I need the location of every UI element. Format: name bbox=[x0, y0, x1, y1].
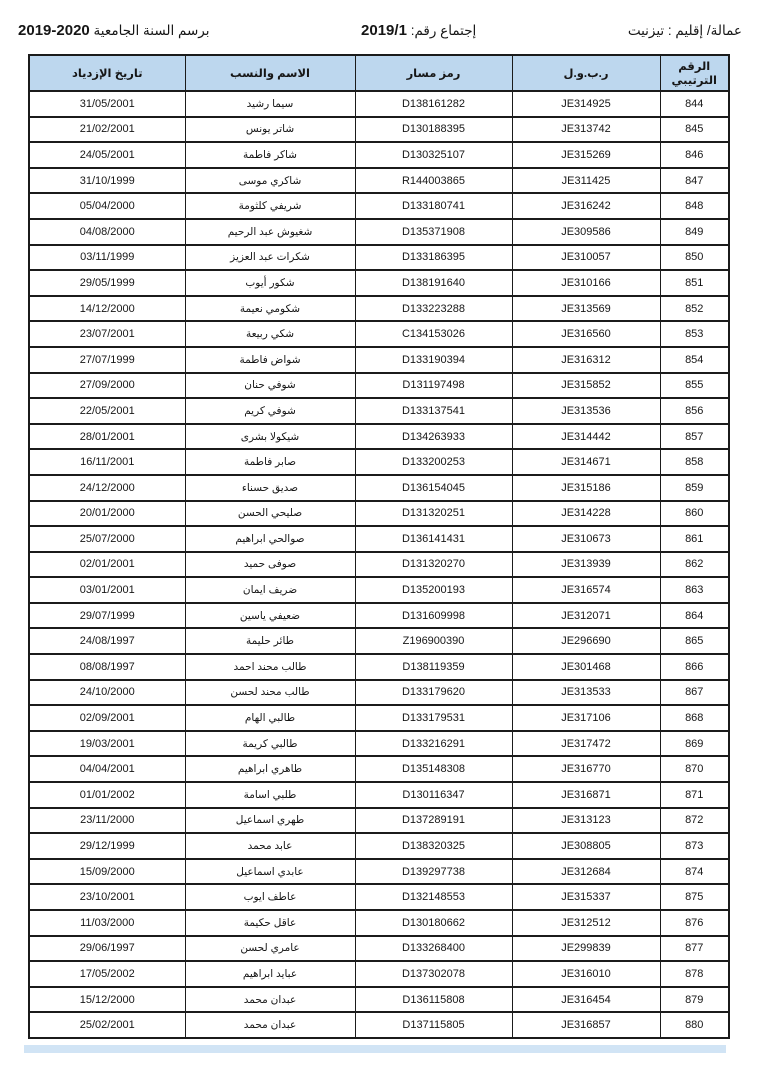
order-number-cell: 852 bbox=[660, 296, 729, 322]
cne-cell: JE315337 bbox=[512, 884, 660, 910]
massar-code-cell: D135148308 bbox=[355, 756, 512, 782]
table-row: 863 JE316574 D135200193 ضريف ايمان 03/01… bbox=[29, 577, 729, 603]
birthdate-cell: 24/08/1997 bbox=[29, 628, 185, 654]
cne-cell: JE316560 bbox=[512, 321, 660, 347]
cne-cell: JE315269 bbox=[512, 142, 660, 168]
table-row: 870 JE316770 D135148308 طاهري ابراهيم 04… bbox=[29, 756, 729, 782]
cne-cell: JE313742 bbox=[512, 117, 660, 143]
massar-code-cell: D133216291 bbox=[355, 731, 512, 757]
massar-code-cell: D136115808 bbox=[355, 987, 512, 1013]
birthdate-cell: 05/04/2000 bbox=[29, 193, 185, 219]
massar-code-cell: D131320251 bbox=[355, 501, 512, 527]
table-row: 856 JE313536 D133137541 شوفي كريم 22/05/… bbox=[29, 398, 729, 424]
birthdate-cell: 31/10/1999 bbox=[29, 168, 185, 194]
cne-cell: JE314228 bbox=[512, 501, 660, 527]
name-cell: صوالحي ابراهيم bbox=[185, 526, 355, 552]
massar-code-cell: D135371908 bbox=[355, 219, 512, 245]
birthdate-cell: 04/04/2001 bbox=[29, 756, 185, 782]
table-row: 851 JE310166 D138191640 شكور أيوب 29/05/… bbox=[29, 270, 729, 296]
meeting-number-value: 2019/1 bbox=[361, 22, 407, 39]
name-cell: عبايد ابراهيم bbox=[185, 961, 355, 987]
cne-cell: JE316770 bbox=[512, 756, 660, 782]
massar-code-cell: D133179531 bbox=[355, 705, 512, 731]
name-cell: شيكولا بشرى bbox=[185, 424, 355, 450]
birthdate-cell: 01/01/2002 bbox=[29, 782, 185, 808]
cne-cell: JE316871 bbox=[512, 782, 660, 808]
name-cell: شكومي نعيمة bbox=[185, 296, 355, 322]
massar-code-cell: D133200253 bbox=[355, 449, 512, 475]
table-row: 871 JE316871 D130116347 طلبي اسامة 01/01… bbox=[29, 782, 729, 808]
document-page: عمالة/ إقليم : تيزنيت إجتماع رقم: 2019/1… bbox=[0, 0, 768, 1086]
table-row: 858 JE314671 D133200253 صابر فاطمة 16/11… bbox=[29, 449, 729, 475]
table-body: 844 JE314925 D138161282 سيما رشيد 31/05/… bbox=[29, 91, 729, 1038]
year-value: 2020-2019 bbox=[18, 22, 90, 39]
table-row: 872 JE313123 D137289191 طهري اسماعيل 23/… bbox=[29, 808, 729, 834]
cne-cell: JE314442 bbox=[512, 424, 660, 450]
table-row: 855 JE315852 D131197498 شوفي حنان 27/09/… bbox=[29, 373, 729, 399]
order-number-cell: 875 bbox=[660, 884, 729, 910]
name-cell: شغيوش عبد الرحيم bbox=[185, 219, 355, 245]
name-cell: طائر حليمة bbox=[185, 628, 355, 654]
table-row: 862 JE313939 D131320270 صوفى حميد 02/01/… bbox=[29, 552, 729, 578]
name-cell: طالبي الهام bbox=[185, 705, 355, 731]
table-row: 880 JE316857 D137115805 عبدان محمد 25/02… bbox=[29, 1012, 729, 1038]
massar-code-cell: D133190394 bbox=[355, 347, 512, 373]
name-cell: طهري اسماعيل bbox=[185, 808, 355, 834]
table-row: 847 JE311425 R144003865 شاكري موسى 31/10… bbox=[29, 168, 729, 194]
name-cell: طلبي اسامة bbox=[185, 782, 355, 808]
birthdate-cell: 24/05/2001 bbox=[29, 142, 185, 168]
massar-code-cell: D137302078 bbox=[355, 961, 512, 987]
order-number-cell: 851 bbox=[660, 270, 729, 296]
cne-cell: JE316010 bbox=[512, 961, 660, 987]
table-row: 869 JE317472 D133216291 طالبي كريمة 19/0… bbox=[29, 731, 729, 757]
table-row: 844 JE314925 D138161282 سيما رشيد 31/05/… bbox=[29, 91, 729, 117]
cne-cell: JE296690 bbox=[512, 628, 660, 654]
massar-code-cell: D133179620 bbox=[355, 680, 512, 706]
massar-code-cell: D130180662 bbox=[355, 910, 512, 936]
name-cell: صديق حسناء bbox=[185, 475, 355, 501]
academic-year-label: برسم السنة الجامعية 2020-2019 bbox=[18, 22, 210, 39]
col-header-cne: ر.ب.و.ل bbox=[512, 55, 660, 91]
order-number-cell: 871 bbox=[660, 782, 729, 808]
massar-code-cell: D138161282 bbox=[355, 91, 512, 117]
table-row: 874 JE312684 D139297738 عابدي اسماعيل 15… bbox=[29, 859, 729, 885]
province-label: عمالة/ إقليم : تيزنيت bbox=[628, 23, 742, 39]
order-number-cell: 860 bbox=[660, 501, 729, 527]
table-row: 850 JE310057 D133186395 شكرات عبد العزيز… bbox=[29, 245, 729, 271]
order-number-cell: 846 bbox=[660, 142, 729, 168]
name-cell: عامري لحسن bbox=[185, 936, 355, 962]
massar-code-cell: D130116347 bbox=[355, 782, 512, 808]
order-number-cell: 856 bbox=[660, 398, 729, 424]
table-row: 860 JE314228 D131320251 صليحي الحسن 20/0… bbox=[29, 501, 729, 527]
massar-code-cell: D131609998 bbox=[355, 603, 512, 629]
order-number-cell: 857 bbox=[660, 424, 729, 450]
birthdate-cell: 02/01/2001 bbox=[29, 552, 185, 578]
cne-cell: JE316312 bbox=[512, 347, 660, 373]
order-number-cell: 877 bbox=[660, 936, 729, 962]
name-cell: ضعيفي ياسين bbox=[185, 603, 355, 629]
cne-cell: JE308805 bbox=[512, 833, 660, 859]
birthdate-cell: 28/01/2001 bbox=[29, 424, 185, 450]
name-cell: شواض فاطمة bbox=[185, 347, 355, 373]
cne-cell: JE312684 bbox=[512, 859, 660, 885]
massar-code-cell: D136154045 bbox=[355, 475, 512, 501]
order-number-cell: 868 bbox=[660, 705, 729, 731]
order-number-cell: 848 bbox=[660, 193, 729, 219]
massar-code-cell: D131197498 bbox=[355, 373, 512, 399]
table-row: 849 JE309586 D135371908 شغيوش عبد الرحيم… bbox=[29, 219, 729, 245]
order-number-cell: 878 bbox=[660, 961, 729, 987]
table-row: 865 JE296690 Z196900390 طائر حليمة 24/08… bbox=[29, 628, 729, 654]
col-header-massar-code: رمز مسار bbox=[355, 55, 512, 91]
table-row: 868 JE317106 D133179531 طالبي الهام 02/0… bbox=[29, 705, 729, 731]
order-number-cell: 855 bbox=[660, 373, 729, 399]
name-cell: شوفي كريم bbox=[185, 398, 355, 424]
table-row: 848 JE316242 D133180741 شريفي كلثومة 05/… bbox=[29, 193, 729, 219]
table-row: 859 JE315186 D136154045 صديق حسناء 24/12… bbox=[29, 475, 729, 501]
next-page-header-sliver bbox=[24, 1045, 726, 1053]
order-number-cell: 873 bbox=[660, 833, 729, 859]
name-cell: صابر فاطمة bbox=[185, 449, 355, 475]
massar-code-cell: D136141431 bbox=[355, 526, 512, 552]
cne-cell: JE312512 bbox=[512, 910, 660, 936]
birthdate-cell: 24/12/2000 bbox=[29, 475, 185, 501]
birthdate-cell: 27/07/1999 bbox=[29, 347, 185, 373]
massar-code-cell: D135200193 bbox=[355, 577, 512, 603]
name-cell: طالب محند احمد bbox=[185, 654, 355, 680]
cne-cell: JE314925 bbox=[512, 91, 660, 117]
order-number-cell: 858 bbox=[660, 449, 729, 475]
table-row: 854 JE316312 D133190394 شواض فاطمة 27/07… bbox=[29, 347, 729, 373]
name-cell: شريفي كلثومة bbox=[185, 193, 355, 219]
cne-cell: JE316574 bbox=[512, 577, 660, 603]
order-number-cell: 876 bbox=[660, 910, 729, 936]
cne-cell: JE299839 bbox=[512, 936, 660, 962]
order-number-cell: 845 bbox=[660, 117, 729, 143]
order-number-cell: 879 bbox=[660, 987, 729, 1013]
massar-code-cell: D131320270 bbox=[355, 552, 512, 578]
birthdate-cell: 11/03/2000 bbox=[29, 910, 185, 936]
birthdate-cell: 02/09/2001 bbox=[29, 705, 185, 731]
order-number-cell: 866 bbox=[660, 654, 729, 680]
birthdate-cell: 29/12/1999 bbox=[29, 833, 185, 859]
cne-cell: JE309586 bbox=[512, 219, 660, 245]
order-number-cell: 850 bbox=[660, 245, 729, 271]
name-cell: عبدان محمد bbox=[185, 987, 355, 1013]
massar-code-cell: D137289191 bbox=[355, 808, 512, 834]
table-row: 867 JE313533 D133179620 طالب محند لحسن 2… bbox=[29, 680, 729, 706]
cne-cell: JE313569 bbox=[512, 296, 660, 322]
name-cell: صليحي الحسن bbox=[185, 501, 355, 527]
cne-cell: JE315852 bbox=[512, 373, 660, 399]
col-header-birthdate: تاريخ الإزدياد bbox=[29, 55, 185, 91]
birthdate-cell: 23/10/2001 bbox=[29, 884, 185, 910]
name-cell: طالبي كريمة bbox=[185, 731, 355, 757]
cne-cell: JE316857 bbox=[512, 1012, 660, 1038]
cne-cell: JE315186 bbox=[512, 475, 660, 501]
birthdate-cell: 03/01/2001 bbox=[29, 577, 185, 603]
page-header: عمالة/ إقليم : تيزنيت إجتماع رقم: 2019/1… bbox=[0, 0, 768, 39]
birthdate-cell: 25/07/2000 bbox=[29, 526, 185, 552]
order-number-cell: 880 bbox=[660, 1012, 729, 1038]
table-row: 877 JE299839 D133268400 عامري لحسن 29/06… bbox=[29, 936, 729, 962]
cne-cell: JE310057 bbox=[512, 245, 660, 271]
massar-code-cell: D130325107 bbox=[355, 142, 512, 168]
name-cell: شاتر يونس bbox=[185, 117, 355, 143]
cne-cell: JE317472 bbox=[512, 731, 660, 757]
year-label: برسم السنة الجامعية bbox=[94, 23, 210, 38]
order-number-cell: 854 bbox=[660, 347, 729, 373]
massar-code-cell: D133223288 bbox=[355, 296, 512, 322]
birthdate-cell: 29/05/1999 bbox=[29, 270, 185, 296]
name-cell: عبدان محمد bbox=[185, 1012, 355, 1038]
birthdate-cell: 14/12/2000 bbox=[29, 296, 185, 322]
massar-code-cell: D133137541 bbox=[355, 398, 512, 424]
birthdate-cell: 03/11/1999 bbox=[29, 245, 185, 271]
table-row: 864 JE312071 D131609998 ضعيفي ياسين 29/0… bbox=[29, 603, 729, 629]
order-number-cell: 844 bbox=[660, 91, 729, 117]
massar-code-cell: D139297738 bbox=[355, 859, 512, 885]
name-cell: عابدي اسماعيل bbox=[185, 859, 355, 885]
cne-cell: JE311425 bbox=[512, 168, 660, 194]
table-row: 875 JE315337 D132148553 عاطف ايوب 23/10/… bbox=[29, 884, 729, 910]
massar-code-cell: D137115805 bbox=[355, 1012, 512, 1038]
massar-code-cell: Z196900390 bbox=[355, 628, 512, 654]
name-cell: سيما رشيد bbox=[185, 91, 355, 117]
birthdate-cell: 27/09/2000 bbox=[29, 373, 185, 399]
birthdate-cell: 29/06/1997 bbox=[29, 936, 185, 962]
massar-code-cell: D130188395 bbox=[355, 117, 512, 143]
cne-cell: JE313536 bbox=[512, 398, 660, 424]
massar-code-cell: D138119359 bbox=[355, 654, 512, 680]
birthdate-cell: 19/03/2001 bbox=[29, 731, 185, 757]
order-number-cell: 870 bbox=[660, 756, 729, 782]
name-cell: ضريف ايمان bbox=[185, 577, 355, 603]
order-number-cell: 865 bbox=[660, 628, 729, 654]
birthdate-cell: 20/01/2000 bbox=[29, 501, 185, 527]
cne-cell: JE310673 bbox=[512, 526, 660, 552]
birthdate-cell: 25/02/2001 bbox=[29, 1012, 185, 1038]
table-row: 853 JE316560 C134153026 شكي ربيعة 23/07/… bbox=[29, 321, 729, 347]
cne-cell: JE312071 bbox=[512, 603, 660, 629]
name-cell: شاكري موسى bbox=[185, 168, 355, 194]
birthdate-cell: 29/07/1999 bbox=[29, 603, 185, 629]
order-number-cell: 864 bbox=[660, 603, 729, 629]
order-number-cell: 853 bbox=[660, 321, 729, 347]
massar-code-cell: D133268400 bbox=[355, 936, 512, 962]
order-number-cell: 867 bbox=[660, 680, 729, 706]
table-row: 857 JE314442 D134263933 شيكولا بشرى 28/0… bbox=[29, 424, 729, 450]
birthdate-cell: 08/08/1997 bbox=[29, 654, 185, 680]
massar-code-cell: D138191640 bbox=[355, 270, 512, 296]
cne-cell: JE317106 bbox=[512, 705, 660, 731]
table-row: 866 JE301468 D138119359 طالب محند احمد 0… bbox=[29, 654, 729, 680]
table-row: 879 JE316454 D136115808 عبدان محمد 15/12… bbox=[29, 987, 729, 1013]
col-header-order-number: الرقم الترتيبي bbox=[660, 55, 729, 91]
cne-cell: JE310166 bbox=[512, 270, 660, 296]
massar-code-cell: D138320325 bbox=[355, 833, 512, 859]
name-cell: طالب محند لحسن bbox=[185, 680, 355, 706]
name-cell: عاقل حكيمة bbox=[185, 910, 355, 936]
name-cell: عابد محمد bbox=[185, 833, 355, 859]
birthdate-cell: 23/07/2001 bbox=[29, 321, 185, 347]
order-number-cell: 872 bbox=[660, 808, 729, 834]
birthdate-cell: 31/05/2001 bbox=[29, 91, 185, 117]
cne-cell: JE301468 bbox=[512, 654, 660, 680]
cne-cell: JE313533 bbox=[512, 680, 660, 706]
order-number-cell: 874 bbox=[660, 859, 729, 885]
massar-code-cell: D132148553 bbox=[355, 884, 512, 910]
order-number-cell: 849 bbox=[660, 219, 729, 245]
birthdate-cell: 17/05/2002 bbox=[29, 961, 185, 987]
order-number-cell: 861 bbox=[660, 526, 729, 552]
massar-code-cell: D133180741 bbox=[355, 193, 512, 219]
birthdate-cell: 24/10/2000 bbox=[29, 680, 185, 706]
table-row: 873 JE308805 D138320325 عابد محمد 29/12/… bbox=[29, 833, 729, 859]
table-row: 845 JE313742 D130188395 شاتر يونس 21/02/… bbox=[29, 117, 729, 143]
birthdate-cell: 04/08/2000 bbox=[29, 219, 185, 245]
order-number-cell: 847 bbox=[660, 168, 729, 194]
massar-code-cell: D134263933 bbox=[355, 424, 512, 450]
table-row: 876 JE312512 D130180662 عاقل حكيمة 11/03… bbox=[29, 910, 729, 936]
cne-cell: JE313939 bbox=[512, 552, 660, 578]
table-row: 852 JE313569 D133223288 شكومي نعيمة 14/1… bbox=[29, 296, 729, 322]
birthdate-cell: 21/02/2001 bbox=[29, 117, 185, 143]
name-cell: طاهري ابراهيم bbox=[185, 756, 355, 782]
birthdate-cell: 15/12/2000 bbox=[29, 987, 185, 1013]
table-row: 861 JE310673 D136141431 صوالحي ابراهيم 2… bbox=[29, 526, 729, 552]
cne-cell: JE314671 bbox=[512, 449, 660, 475]
table-row: 846 JE315269 D130325107 شاكر فاطمة 24/05… bbox=[29, 142, 729, 168]
student-roster-table: الرقم الترتيبي ر.ب.و.ل رمز مسار الاسم وا… bbox=[28, 54, 730, 1039]
cne-cell: JE313123 bbox=[512, 808, 660, 834]
name-cell: شكرات عبد العزيز bbox=[185, 245, 355, 271]
order-number-cell: 862 bbox=[660, 552, 729, 578]
name-cell: شوفي حنان bbox=[185, 373, 355, 399]
cne-cell: JE316242 bbox=[512, 193, 660, 219]
name-cell: صوفى حميد bbox=[185, 552, 355, 578]
massar-code-cell: D133186395 bbox=[355, 245, 512, 271]
name-cell: شاكر فاطمة bbox=[185, 142, 355, 168]
name-cell: شكور أيوب bbox=[185, 270, 355, 296]
table-header-row: الرقم الترتيبي ر.ب.و.ل رمز مسار الاسم وا… bbox=[29, 55, 729, 91]
table-row: 878 JE316010 D137302078 عبايد ابراهيم 17… bbox=[29, 961, 729, 987]
birthdate-cell: 16/11/2001 bbox=[29, 449, 185, 475]
massar-code-cell: C134153026 bbox=[355, 321, 512, 347]
name-cell: شكي ربيعة bbox=[185, 321, 355, 347]
col-header-name: الاسم والنسب bbox=[185, 55, 355, 91]
birthdate-cell: 23/11/2000 bbox=[29, 808, 185, 834]
massar-code-cell: R144003865 bbox=[355, 168, 512, 194]
name-cell: عاطف ايوب bbox=[185, 884, 355, 910]
meeting-label: إجتماع رقم: bbox=[411, 23, 477, 38]
order-number-cell: 859 bbox=[660, 475, 729, 501]
birthdate-cell: 22/05/2001 bbox=[29, 398, 185, 424]
order-number-cell: 869 bbox=[660, 731, 729, 757]
order-number-cell: 863 bbox=[660, 577, 729, 603]
birthdate-cell: 15/09/2000 bbox=[29, 859, 185, 885]
meeting-number-label: إجتماع رقم: 2019/1 bbox=[361, 22, 476, 39]
cne-cell: JE316454 bbox=[512, 987, 660, 1013]
